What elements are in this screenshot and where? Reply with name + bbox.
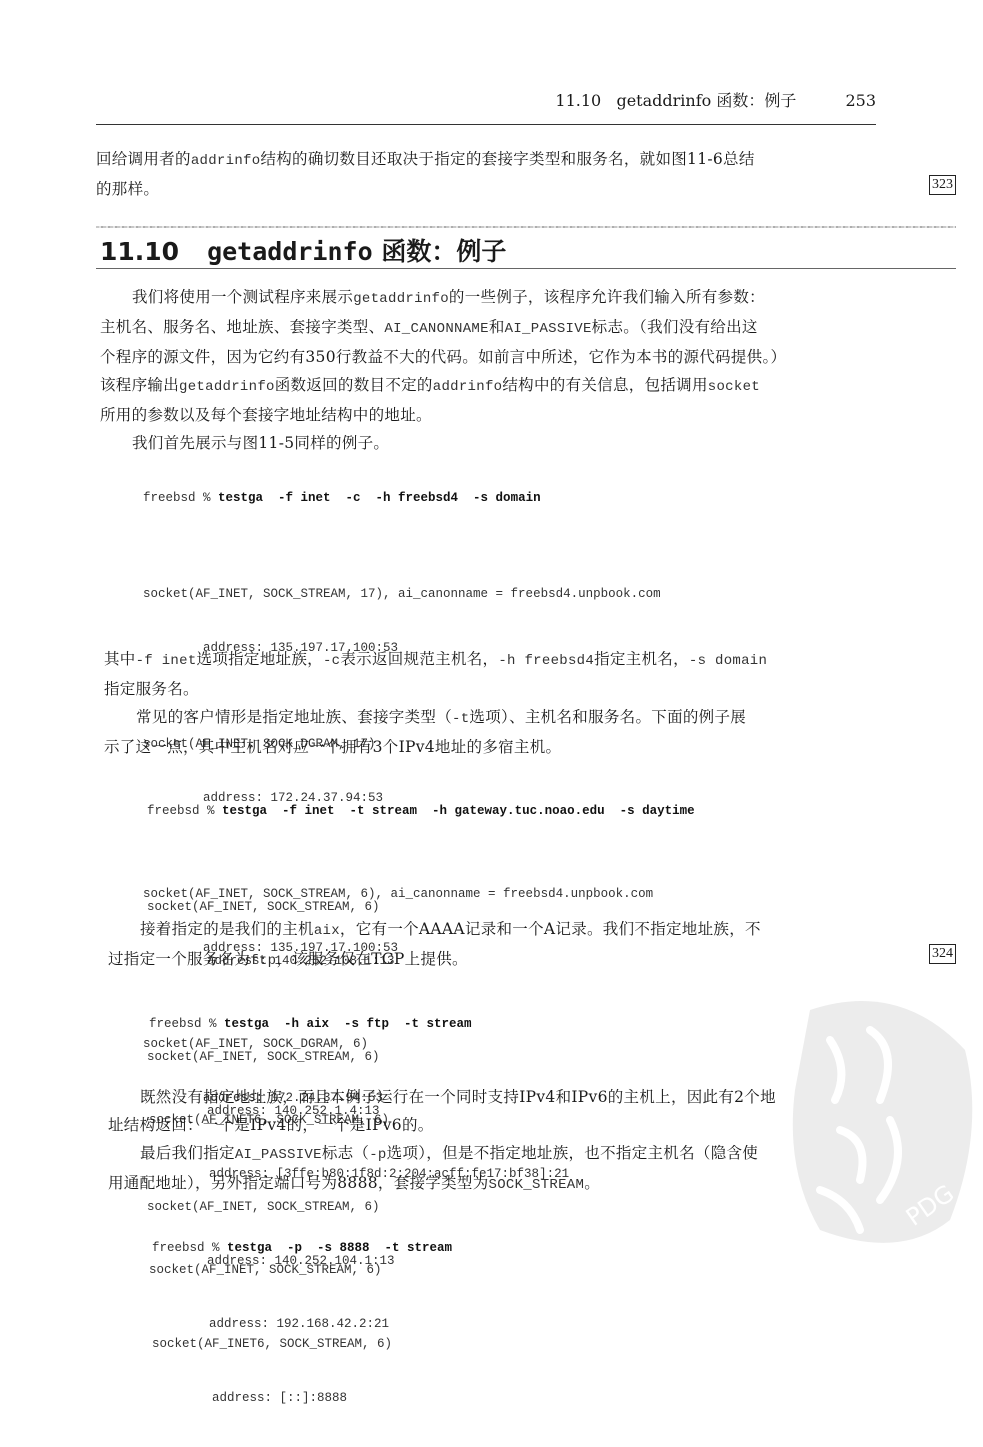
section-heading: 11.10getaddrinfo 函数：例子 bbox=[100, 232, 506, 268]
margin-page-ref: 324 bbox=[929, 944, 956, 964]
intro-continuation-paragraph: 回给调用者的addrinfo结构的确切数目还取决于指定的套接字类型和服务名，就如… bbox=[96, 145, 906, 203]
paragraph-aix: 接着指定的是我们的主机aix，它有一个AAAA记录和一个A记录。我们不指定地址族… bbox=[108, 915, 918, 975]
command-line: freebsd % testga -p -s 8888 -t stream bbox=[152, 1239, 452, 1257]
header-rule bbox=[96, 124, 876, 125]
paragraph-options: 其中-f inet选项指定地址族，-c表示返回规范主机名，-h freebsd4… bbox=[104, 645, 914, 761]
page-number: 253 bbox=[845, 91, 876, 110]
paragraph-conclusion: 既然没有指定地址族，而且本例子运行在一个同时支持IPv4和IPv6的主机上，因此… bbox=[108, 1083, 918, 1199]
running-header: 11.10 getaddrinfo 函数：例子 253 bbox=[96, 88, 876, 118]
command-line: freebsd % testga -h aix -s ftp -t stream bbox=[149, 1015, 569, 1033]
section-rule-top bbox=[96, 226, 956, 228]
command-line: freebsd % testga -f inet -c -h freebsd4 … bbox=[143, 489, 661, 507]
running-header-section: 11.10 getaddrinfo 函数：例子 bbox=[555, 91, 801, 110]
command-line: freebsd % testga -f inet -t stream -h ga… bbox=[147, 802, 695, 820]
margin-page-ref: 323 bbox=[929, 175, 956, 195]
code-block-4: freebsd % testga -p -s 8888 -t stream so… bbox=[152, 1203, 452, 1425]
section-rule-bottom bbox=[96, 268, 956, 269]
paragraph-intro: 我们将使用一个测试程序来展示getaddrinfo的一些例子，该程序允许我们输入… bbox=[100, 283, 900, 457]
